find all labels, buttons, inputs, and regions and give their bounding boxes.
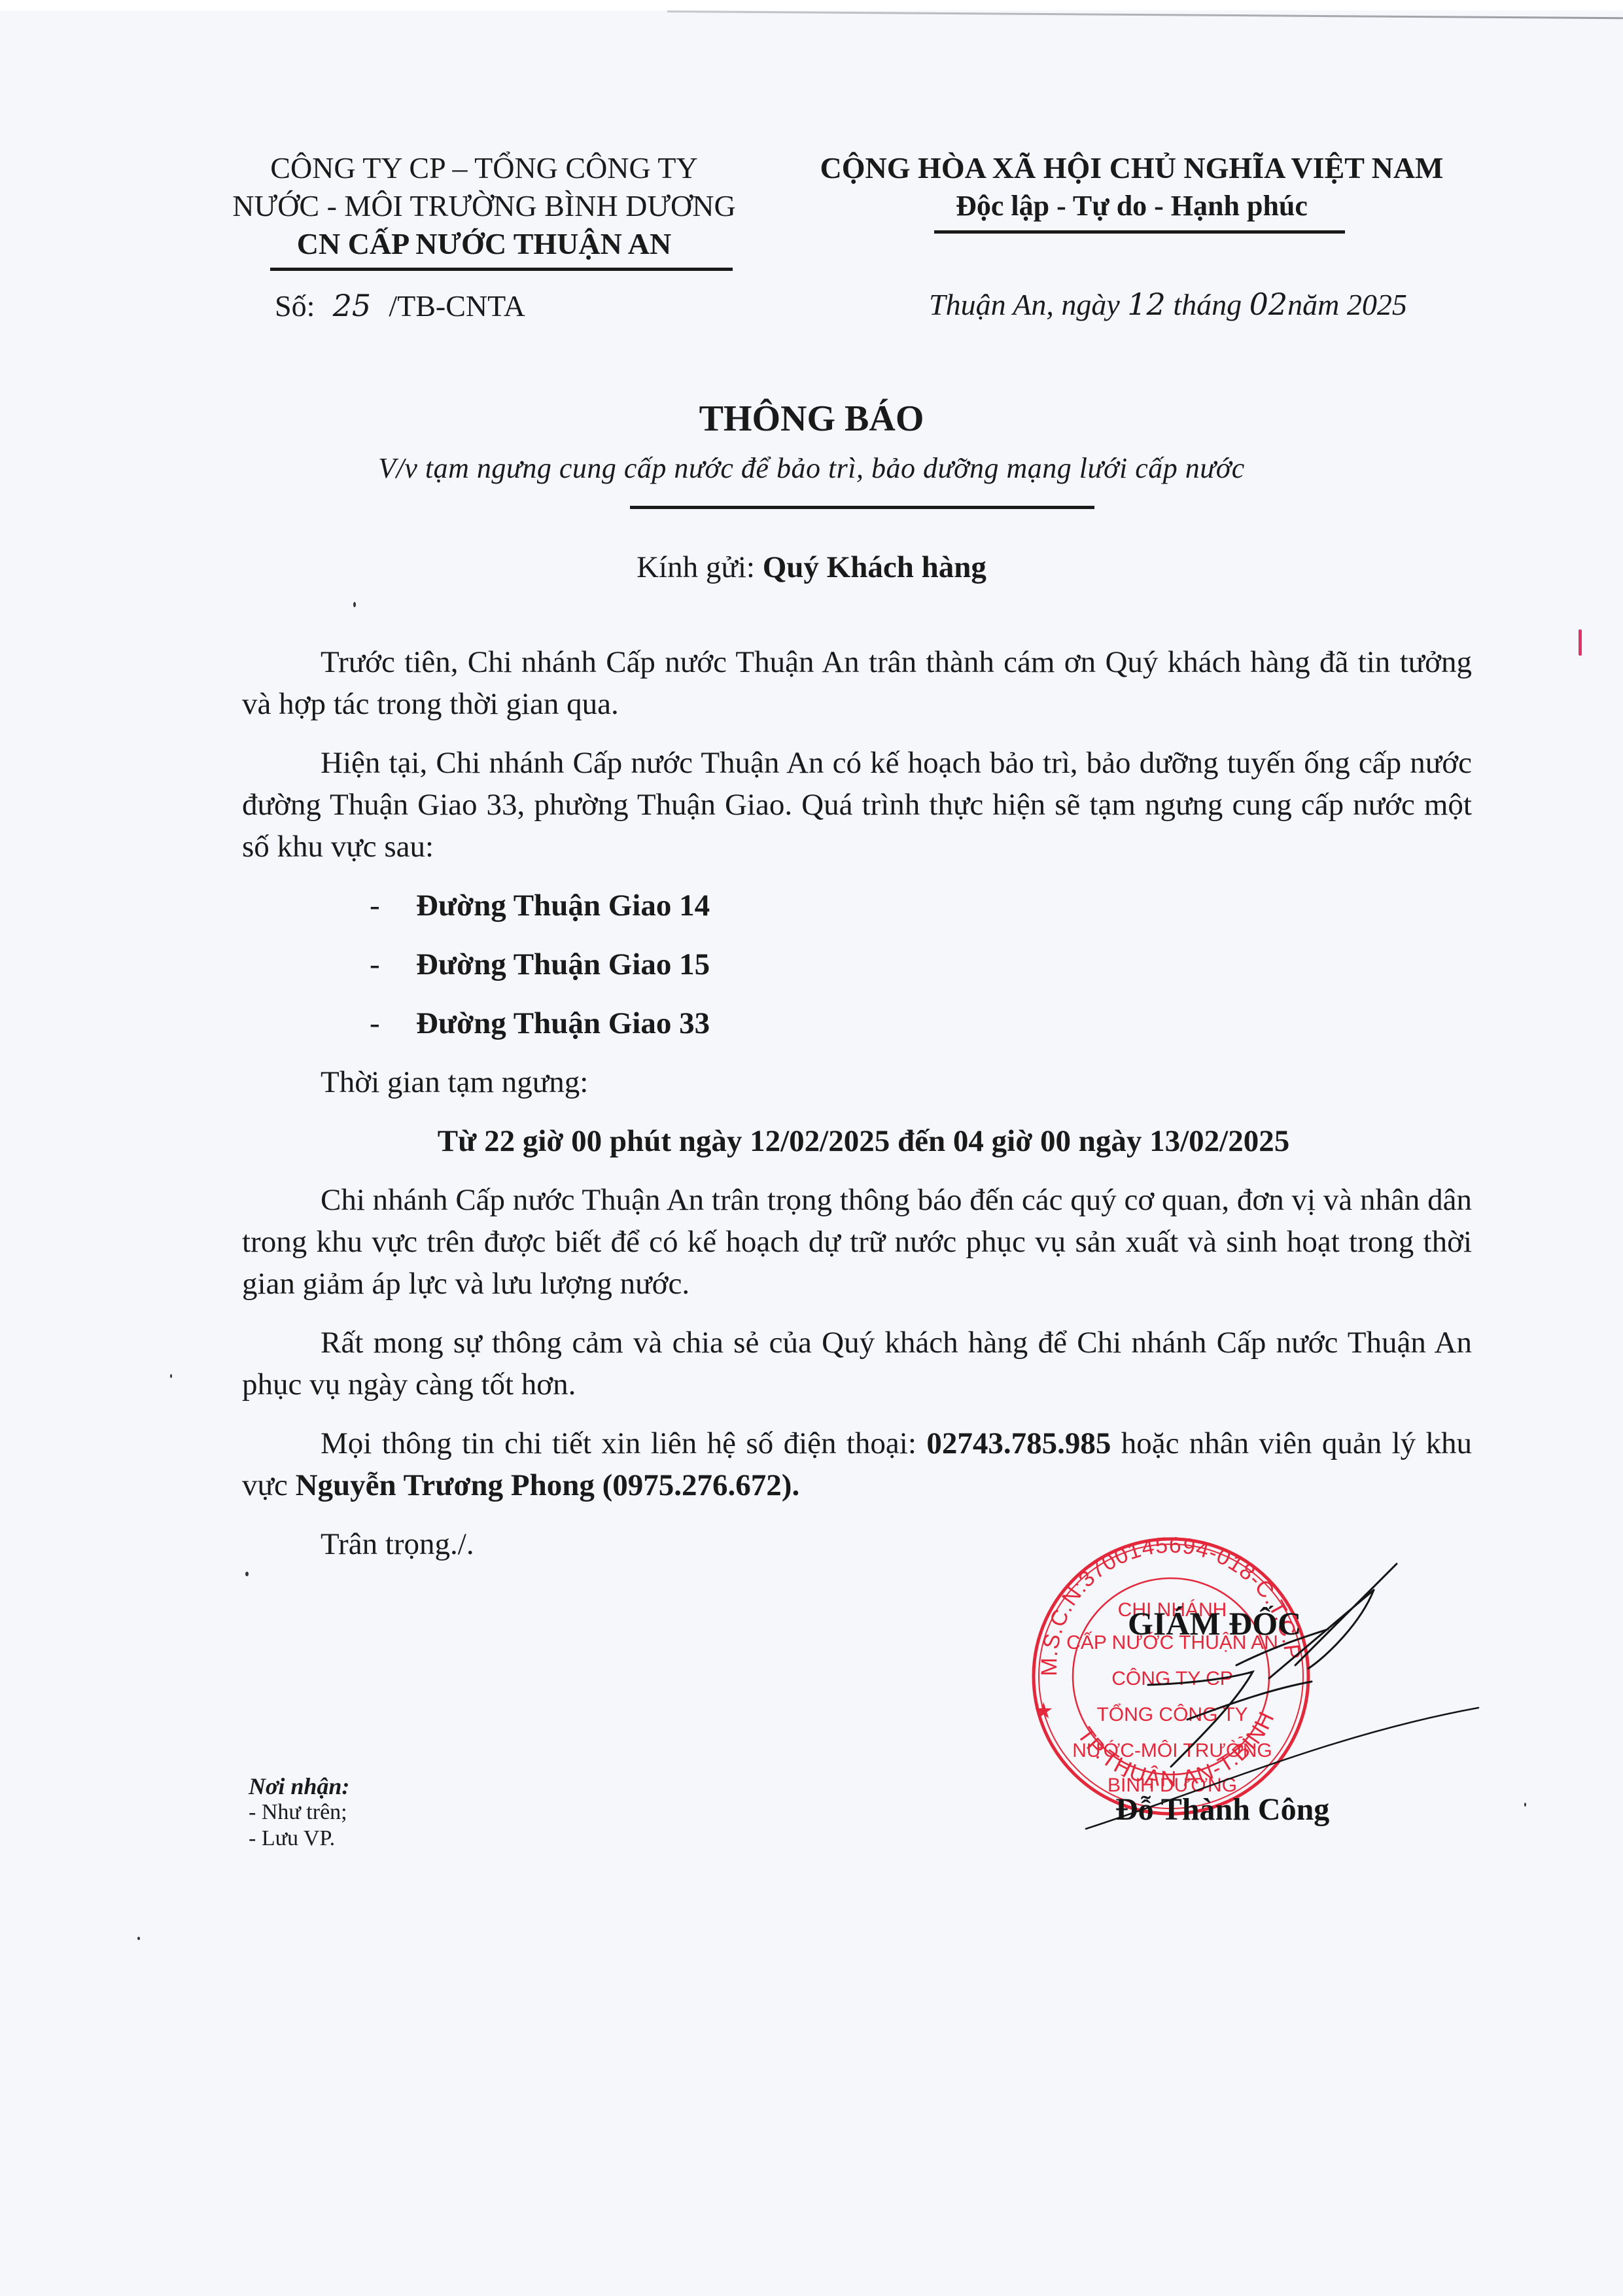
document-title: THÔNG BÁO xyxy=(0,398,1623,440)
handwritten-day: 12 xyxy=(1127,287,1166,322)
contact-person: Nguyễn Trương Phong (0975.276.672). xyxy=(296,1468,800,1502)
scan-speck xyxy=(245,1572,249,1576)
suspension-label: Thời gian tạm ngưng: xyxy=(242,1061,1472,1103)
handwritten-number: 25 xyxy=(323,288,381,323)
suspension-time: Từ 22 giờ 00 phút ngày 12/02/2025 đến 04… xyxy=(242,1120,1472,1162)
document-subject: V/v tạm ngưng cung cấp nước để bảo trì, … xyxy=(0,451,1623,485)
handwritten-month: 02 xyxy=(1249,287,1288,322)
org-line-2: NƯỚC - MÔI TRƯỜNG BÌNH DƯƠNG xyxy=(196,187,772,225)
scan-speck xyxy=(353,602,356,607)
signatory-name: Đỗ Thành Công xyxy=(1115,1792,1329,1828)
scan-speck xyxy=(170,1374,172,1378)
red-ink-mark xyxy=(1579,629,1582,656)
national-motto: Độc lập - Tự do - Hạnh phúc xyxy=(772,187,1492,225)
paragraph-notice: Chi nhánh Cấp nước Thuận An trân trọng t… xyxy=(242,1179,1472,1305)
paragraph-plan: Hiện tại, Chi nhánh Cấp nước Thuận An có… xyxy=(242,742,1472,868)
bullet-dash: - xyxy=(370,944,380,985)
bullet-dash: - xyxy=(370,1002,380,1044)
paragraph-contact: Mọi thông tin chi tiết xin liên hệ số đi… xyxy=(242,1422,1472,1506)
area-name: Đường Thuận Giao 15 xyxy=(416,947,710,981)
contact-prefix: Mọi thông tin chi tiết xin liên hệ số đi… xyxy=(321,1426,916,1460)
salutation-recipient: Quý Khách hàng xyxy=(763,550,986,584)
org-line-1: CÔNG TY CP – TỔNG CÔNG TY xyxy=(196,149,772,187)
number-prefix: Số: xyxy=(275,289,315,323)
notice-body: Trước tiên, Chi nhánh Cấp nước Thuận An … xyxy=(242,641,1472,1565)
list-item: -Đường Thuận Giao 15 xyxy=(242,944,1472,1002)
signature-block: M.S.C.N:3700145694-018-C.T.C.P TP.THUẬN … xyxy=(1021,1525,1518,1878)
area-name: Đường Thuận Giao 33 xyxy=(416,1006,710,1040)
bullet-dash: - xyxy=(370,885,380,927)
document-number: Số: 25 /TB-CNTA xyxy=(275,288,525,323)
recipients-block: Nơi nhận: - Như trên; - Lưu VP. xyxy=(249,1773,349,1852)
affected-areas-list: -Đường Thuận Giao 14 -Đường Thuận Giao 1… xyxy=(242,885,1472,1061)
paragraph-thanks: Trước tiên, Chi nhánh Cấp nước Thuận An … xyxy=(242,641,1472,725)
recipient-item: - Như trên; xyxy=(249,1799,349,1826)
year-label: năm 2025 xyxy=(1287,288,1407,321)
recipient-item: - Lưu VP. xyxy=(249,1826,349,1852)
scan-speck xyxy=(1524,1803,1526,1807)
list-item: -Đường Thuận Giao 33 xyxy=(242,1002,1472,1061)
issuing-organization: CÔNG TY CP – TỔNG CÔNG TY NƯỚC - MÔI TRƯ… xyxy=(196,149,772,263)
month-label: tháng xyxy=(1173,288,1242,321)
national-header: CỘNG HÒA XÃ HỘI CHỦ NGHĨA VIỆT NAM Độc l… xyxy=(772,149,1492,225)
nation-name: CỘNG HÒA XÃ HỘI CHỦ NGHĨA VIỆT NAM xyxy=(772,149,1492,187)
contact-phone: 02743.785.985 xyxy=(926,1426,1111,1460)
motto-underline xyxy=(934,230,1345,234)
list-item: -Đường Thuận Giao 14 xyxy=(242,885,1472,944)
branch-underline xyxy=(270,268,733,271)
date-place: Thuận An, ngày xyxy=(929,288,1120,321)
recipients-title: Nơi nhận: xyxy=(249,1773,349,1799)
date-line: Thuận An, ngày 12 tháng 02năm 2025 xyxy=(929,287,1407,322)
branch-name: CN CẤP NƯỚC THUẬN AN xyxy=(297,225,671,263)
salutation-prefix: Kính gửi: xyxy=(637,550,755,584)
paragraph-apology: Rất mong sự thông cảm và chia sẻ của Quý… xyxy=(242,1322,1472,1405)
subject-underline xyxy=(630,506,1094,509)
salutation: Kính gửi: Quý Khách hàng xyxy=(0,550,1623,585)
number-suffix: /TB-CNTA xyxy=(389,289,525,323)
scan-speck xyxy=(137,1937,140,1940)
area-name: Đường Thuận Giao 14 xyxy=(416,889,710,923)
